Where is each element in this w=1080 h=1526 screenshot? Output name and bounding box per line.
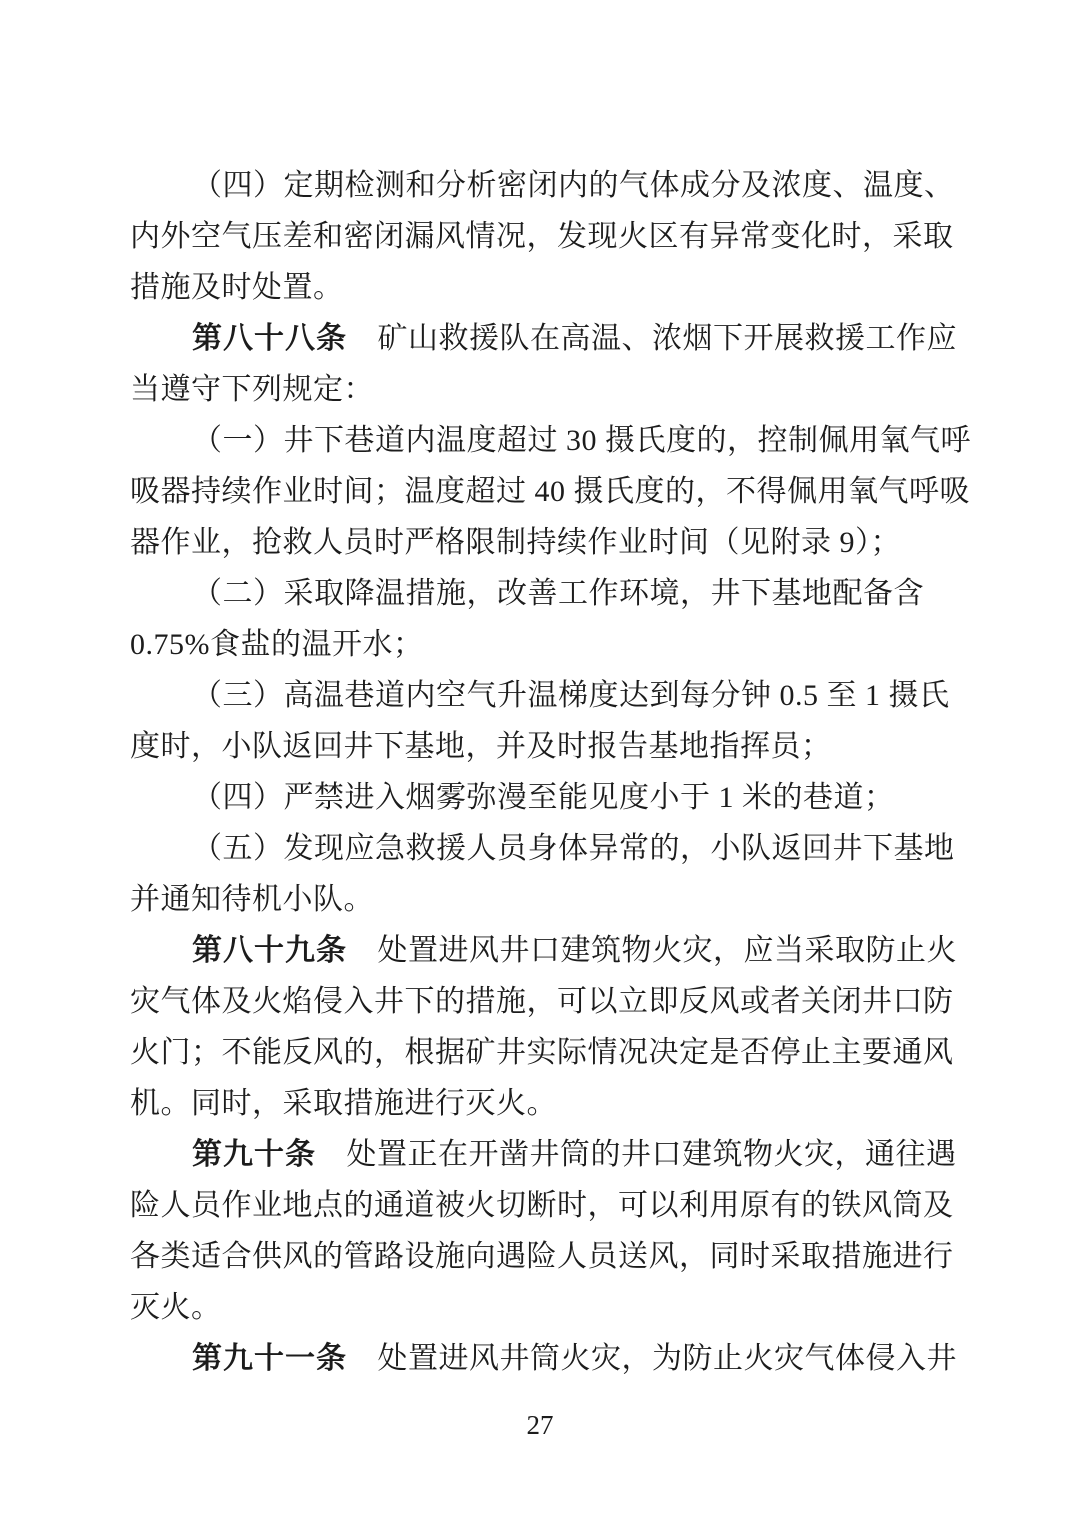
para-article-91-line: 第九十一条 处置进风井筒火灾，为防止火灾气体侵入井 [130, 1333, 950, 1384]
text-run: 机。同时，采取措施进行灭火。 [130, 1087, 557, 1120]
text-run: 0.75%食盐的温开水； [130, 628, 424, 661]
para-item-5-abnormal-health-line: （五）发现应急救援人员身体异常的，小队返回井下基地 [130, 823, 950, 874]
text-run: （三）高温巷道内空气升温梯度达到每分钟 0.5 至 1 摄氏 [192, 679, 950, 712]
para-item-1-temperature-line: （一）井下巷道内温度超过 30 摄氏度的，控制佩用氧气呼 [130, 415, 950, 466]
article-number: 第九十条 [192, 1138, 316, 1171]
text-run: 吸器持续作业时间；温度超过 40 摄氏度的，不得佩用氧气呼吸 [130, 475, 970, 508]
text-run: （五）发现应急救援人员身体异常的，小队返回井下基地 [192, 832, 955, 865]
text-run: 处置进风井筒火灾，为防止火灾气体侵入井 [347, 1342, 957, 1375]
para-article-88-line: 当遵守下列规定： [130, 364, 950, 415]
para-item-3-temp-gradient-line: 度时，小队返回井下基地，并及时报告基地指挥员； [130, 721, 950, 772]
para-item-2-cooling-line: （二）采取降温措施，改善工作环境，井下基地配备含 [130, 568, 950, 619]
para-item-1-temperature-line: 器作业，抢救人员时严格限制持续作业时间（见附录 9）； [130, 517, 950, 568]
article-number: 第八十八条 [192, 322, 347, 355]
para-article-89-line: 第八十九条 处置进风井口建筑物火灾，应当采取防止火 [130, 925, 950, 976]
text-run: 火门；不能反风的，根据矿井实际情况决定是否停止主要通风 [130, 1036, 954, 1069]
para-article-90-line: 险人员作业地点的通道被火切断时，可以利用原有的铁风筒及 [130, 1180, 950, 1231]
para-item-4-smoke-visibility-line: （四）严禁进入烟雾弥漫至能见度小于 1 米的巷道； [130, 772, 950, 823]
para-article-89-line: 灾气体及火焰侵入井下的措施，可以立即反风或者关闭井口防 [130, 976, 950, 1027]
article-number: 第九十一条 [192, 1342, 347, 1375]
text-run: 措施及时处置。 [130, 271, 344, 304]
para-article-89-line: 机。同时，采取措施进行灭火。 [130, 1078, 950, 1129]
para-article-89-line: 火门；不能反风的，根据矿井实际情况决定是否停止主要通风 [130, 1027, 950, 1078]
document-body: （四）定期检测和分析密闭内的气体成分及浓度、温度、内外空气压差和密闭漏风情况，发… [130, 160, 950, 1384]
para-item-3-temp-gradient-line: （三）高温巷道内空气升温梯度达到每分钟 0.5 至 1 摄氏 [130, 670, 950, 721]
text-run: 险人员作业地点的通道被火切断时，可以利用原有的铁风筒及 [130, 1189, 954, 1222]
page-number: 27 [0, 1405, 1080, 1445]
text-run: （四）严禁进入烟雾弥漫至能见度小于 1 米的巷道； [192, 781, 895, 814]
text-run: 灾气体及火焰侵入井下的措施，可以立即反风或者关闭井口防 [130, 985, 954, 1018]
text-run: （四）定期检测和分析密闭内的气体成分及浓度、温度、 [192, 169, 955, 202]
article-number: 第八十九条 [192, 934, 347, 967]
document-page: （四）定期检测和分析密闭内的气体成分及浓度、温度、内外空气压差和密闭漏风情况，发… [0, 0, 1080, 1526]
text-run: 器作业，抢救人员时严格限制持续作业时间（见附录 9）； [130, 526, 901, 559]
text-run: 处置进风井口建筑物火灾，应当采取防止火 [347, 934, 957, 967]
text-run: 各类适合供风的管路设施向遇险人员送风，同时采取措施进行 [130, 1240, 954, 1273]
text-run: 度时，小队返回井下基地，并及时报告基地指挥员； [130, 730, 832, 763]
para-item-2-cooling-line: 0.75%食盐的温开水； [130, 619, 950, 670]
para-article-90-line: 各类适合供风的管路设施向遇险人员送风，同时采取措施进行 [130, 1231, 950, 1282]
text-run: （二）采取降温措施，改善工作环境，井下基地配备含 [192, 577, 924, 610]
text-run: （一）井下巷道内温度超过 30 摄氏度的，控制佩用氧气呼 [192, 424, 971, 457]
para-article-88-line: 第八十八条 矿山救援队在高温、浓烟下开展救援工作应 [130, 313, 950, 364]
text-run: 内外空气压差和密闭漏风情况，发现火区有异常变化时，采取 [130, 220, 954, 253]
text-run: 当遵守下列规定： [130, 373, 374, 406]
para-article-90-line: 灭火。 [130, 1282, 950, 1333]
text-run: 并通知待机小队。 [130, 883, 374, 916]
text-run: 处置正在开凿井筒的井口建筑物火灾，通往遇 [316, 1138, 957, 1171]
text-run: 矿山救援队在高温、浓烟下开展救援工作应 [347, 322, 957, 355]
text-run: 灭火。 [130, 1291, 222, 1324]
para-item-1-temperature-line: 吸器持续作业时间；温度超过 40 摄氏度的，不得佩用氧气呼吸 [130, 466, 950, 517]
para-item-5-abnormal-health-line: 并通知待机小队。 [130, 874, 950, 925]
para-item-4-gas-monitoring-line: 内外空气压差和密闭漏风情况，发现火区有异常变化时，采取 [130, 211, 950, 262]
para-article-90-line: 第九十条 处置正在开凿井筒的井口建筑物火灾，通往遇 [130, 1129, 950, 1180]
para-item-4-gas-monitoring-line: 措施及时处置。 [130, 262, 950, 313]
para-item-4-gas-monitoring-line: （四）定期检测和分析密闭内的气体成分及浓度、温度、 [130, 160, 950, 211]
